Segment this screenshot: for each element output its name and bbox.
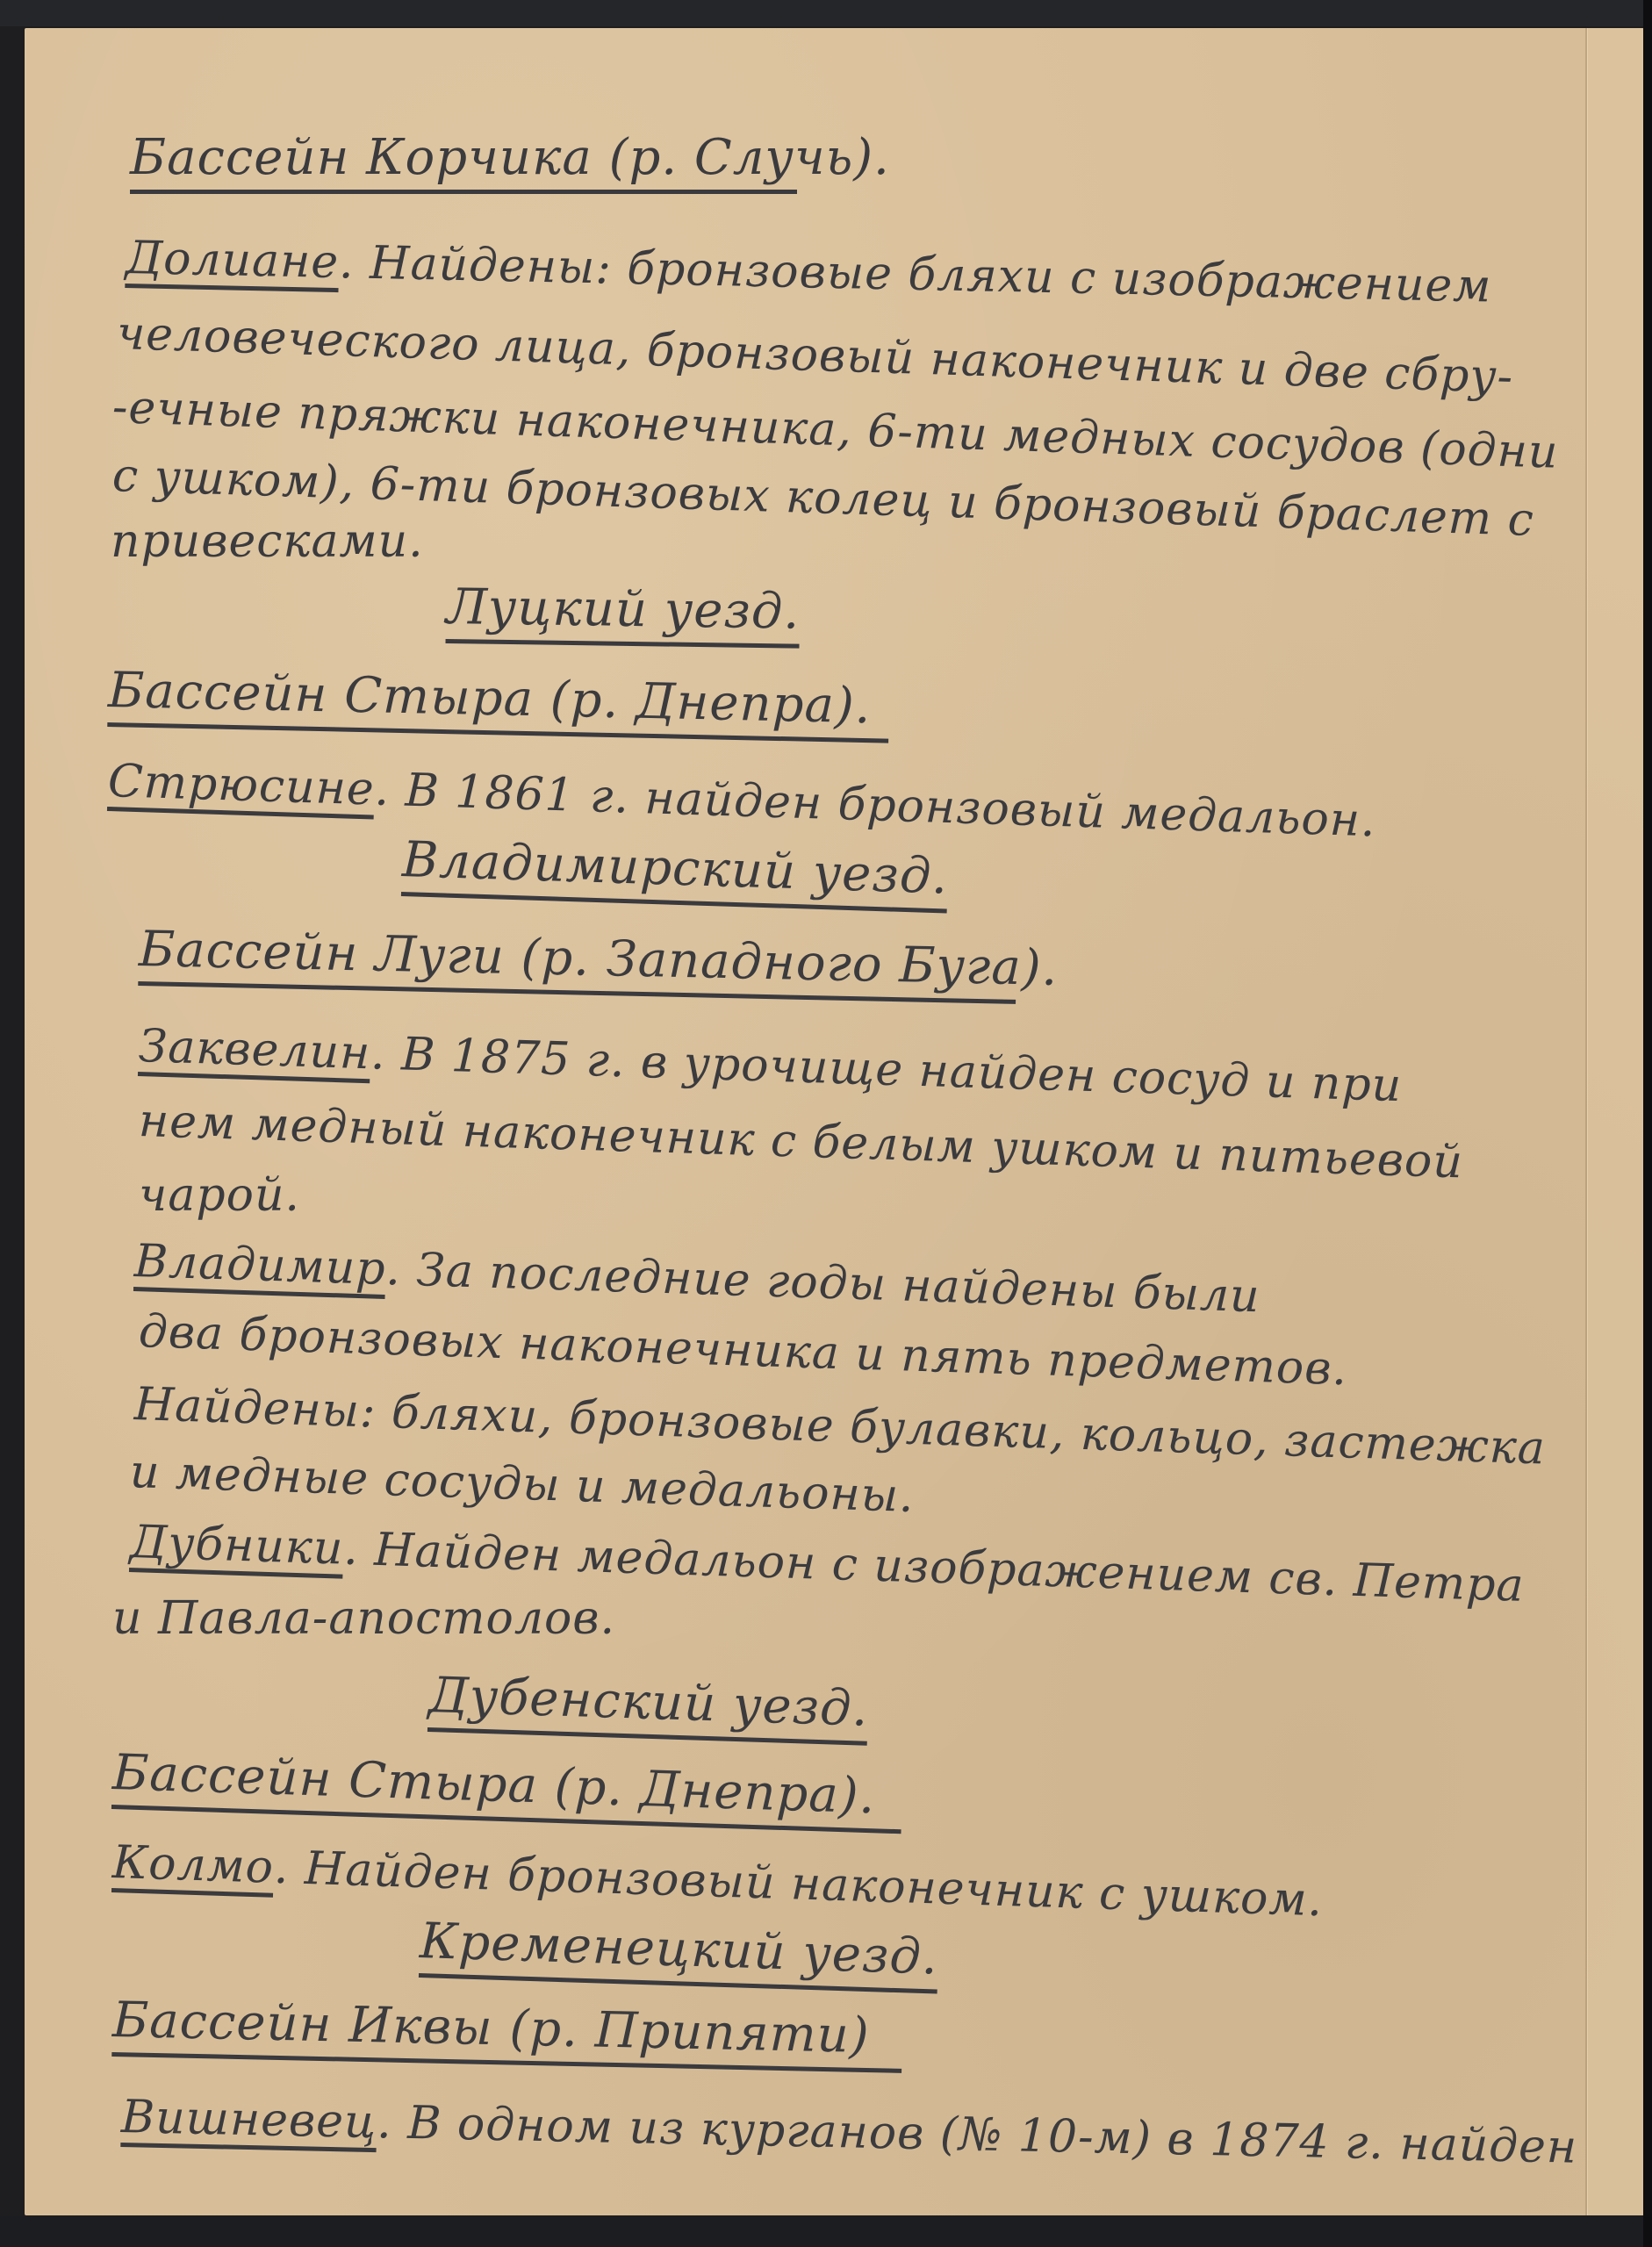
place-name: Заквелин <box>138 1020 371 1080</box>
entry-line: Колмо. Найден бронзовый наконечник с ушк… <box>111 1836 1324 1927</box>
entry-line: и Павла-апостолов. <box>112 1592 615 1645</box>
page-fold-line <box>1585 28 1587 2215</box>
basin-heading: Бассейн Стыра (р. Днепра). <box>107 664 889 743</box>
entry-line: привесками. <box>111 515 424 568</box>
page-fold-flap <box>1587 28 1644 2215</box>
district-heading: Кременецкий уезд. <box>419 1915 939 1994</box>
basin-heading: Бассейн Корчика (р. Случь). <box>130 132 797 194</box>
place-name: Стрюсине <box>107 755 376 816</box>
entry-line: нем медный наконечник с белым ушком и пи… <box>138 1095 1464 1188</box>
district-heading: Луцкий уезд. <box>446 581 801 649</box>
scan-border-bottom <box>0 2216 1652 2247</box>
district-heading: Дубенский уезд. <box>427 1669 869 1746</box>
place-name: Колмо <box>111 1836 275 1894</box>
basin-heading: Бассейн Иквы (р. Припяти) <box>111 1994 902 2073</box>
district-heading: Владимирский уезд. <box>401 834 949 914</box>
entry-line: Стрюсине. В 1861 г. найден бронзовый мед… <box>107 755 1376 847</box>
basin-heading: Бассейн Луги (р. Западного Буга). <box>138 923 1016 1004</box>
document-page: Бассейн Корчика (р. Случь). Долиане. Най… <box>25 28 1644 2215</box>
place-name: Долиане <box>125 232 339 289</box>
scan-border-top <box>0 0 1652 26</box>
entry-line: Заквелин. В 1875 г. в урочище найден сос… <box>138 1020 1403 1112</box>
place-name: Владимир <box>133 1235 386 1296</box>
entry-line: и медные сосуды и медальоны. <box>129 1446 916 1523</box>
place-name: Дубники <box>129 1516 344 1576</box>
entry-line: Вишневец. В одном из курганов (№ 10-м) в… <box>120 2091 1577 2174</box>
entry-line: Долиане. Найдены: бронзовые бляхи с изоб… <box>125 232 1492 313</box>
place-name: Вишневец <box>120 2091 377 2149</box>
basin-heading: Бассейн Стыра (р. Днепра). <box>111 1747 903 1834</box>
entry-line: чарой. <box>139 1169 300 1222</box>
scan-border-right <box>1643 0 1652 2247</box>
